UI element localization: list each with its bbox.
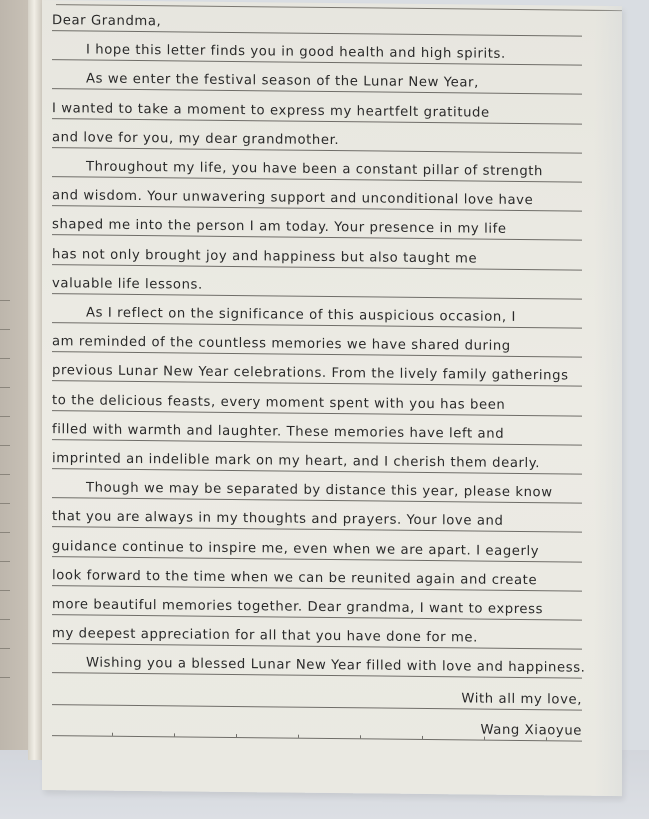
letter-line: Throughout my life, you have been a cons…: [52, 158, 582, 183]
top-rule: [56, 4, 622, 11]
letter-line: to the delicious feasts, every moment sp…: [52, 392, 582, 417]
letter-line: look forward to the time when we can be …: [52, 567, 582, 592]
letter-line: shaped me into the person I am today. Yo…: [52, 216, 582, 241]
letter-line: valuable life lessons.: [52, 275, 582, 300]
letter-line: Wishing you a blessed Lunar New Year fil…: [52, 654, 582, 679]
letter-line: that you are always in my thoughts and p…: [52, 508, 582, 533]
letter-line: more beautiful memories together. Dear g…: [52, 596, 582, 621]
page-edge-shade: [594, 6, 622, 796]
letter-line: and love for you, my dear grandmother.: [52, 129, 582, 154]
notebook-spine: [28, 0, 43, 760]
letter-line: I wanted to take a moment to express my …: [52, 100, 582, 125]
letter-line: has not only brought joy and happiness b…: [52, 246, 582, 271]
letter-line: Though we may be separated by distance t…: [52, 479, 582, 504]
letter-line: and wisdom. Your unwavering support and …: [52, 187, 582, 212]
letter-line: imprinted an indelible mark on my heart,…: [52, 450, 582, 475]
closing: With all my love,: [52, 686, 582, 711]
salutation: Dear Grandma,: [52, 12, 582, 37]
letter-line: filled with warmth and laughter. These m…: [52, 421, 582, 446]
underlying-page-edges: [0, 300, 14, 720]
letter-line: am reminded of the countless memories we…: [52, 333, 582, 358]
letter-line: my deepest appreciation for all that you…: [52, 625, 582, 650]
letter-line: guidance continue to inspire me, even wh…: [52, 538, 582, 563]
letter-line: As I reflect on the significance of this…: [52, 304, 582, 329]
letter-line: previous Lunar New Year celebrations. Fr…: [52, 362, 582, 387]
signature: Wang Xiaoyue: [52, 717, 582, 742]
letter-line: I hope this letter finds you in good hea…: [52, 41, 582, 66]
letter-line: As we enter the festival season of the L…: [52, 70, 582, 95]
letter-page: Dear Grandma,I hope this letter finds yo…: [42, 0, 622, 796]
